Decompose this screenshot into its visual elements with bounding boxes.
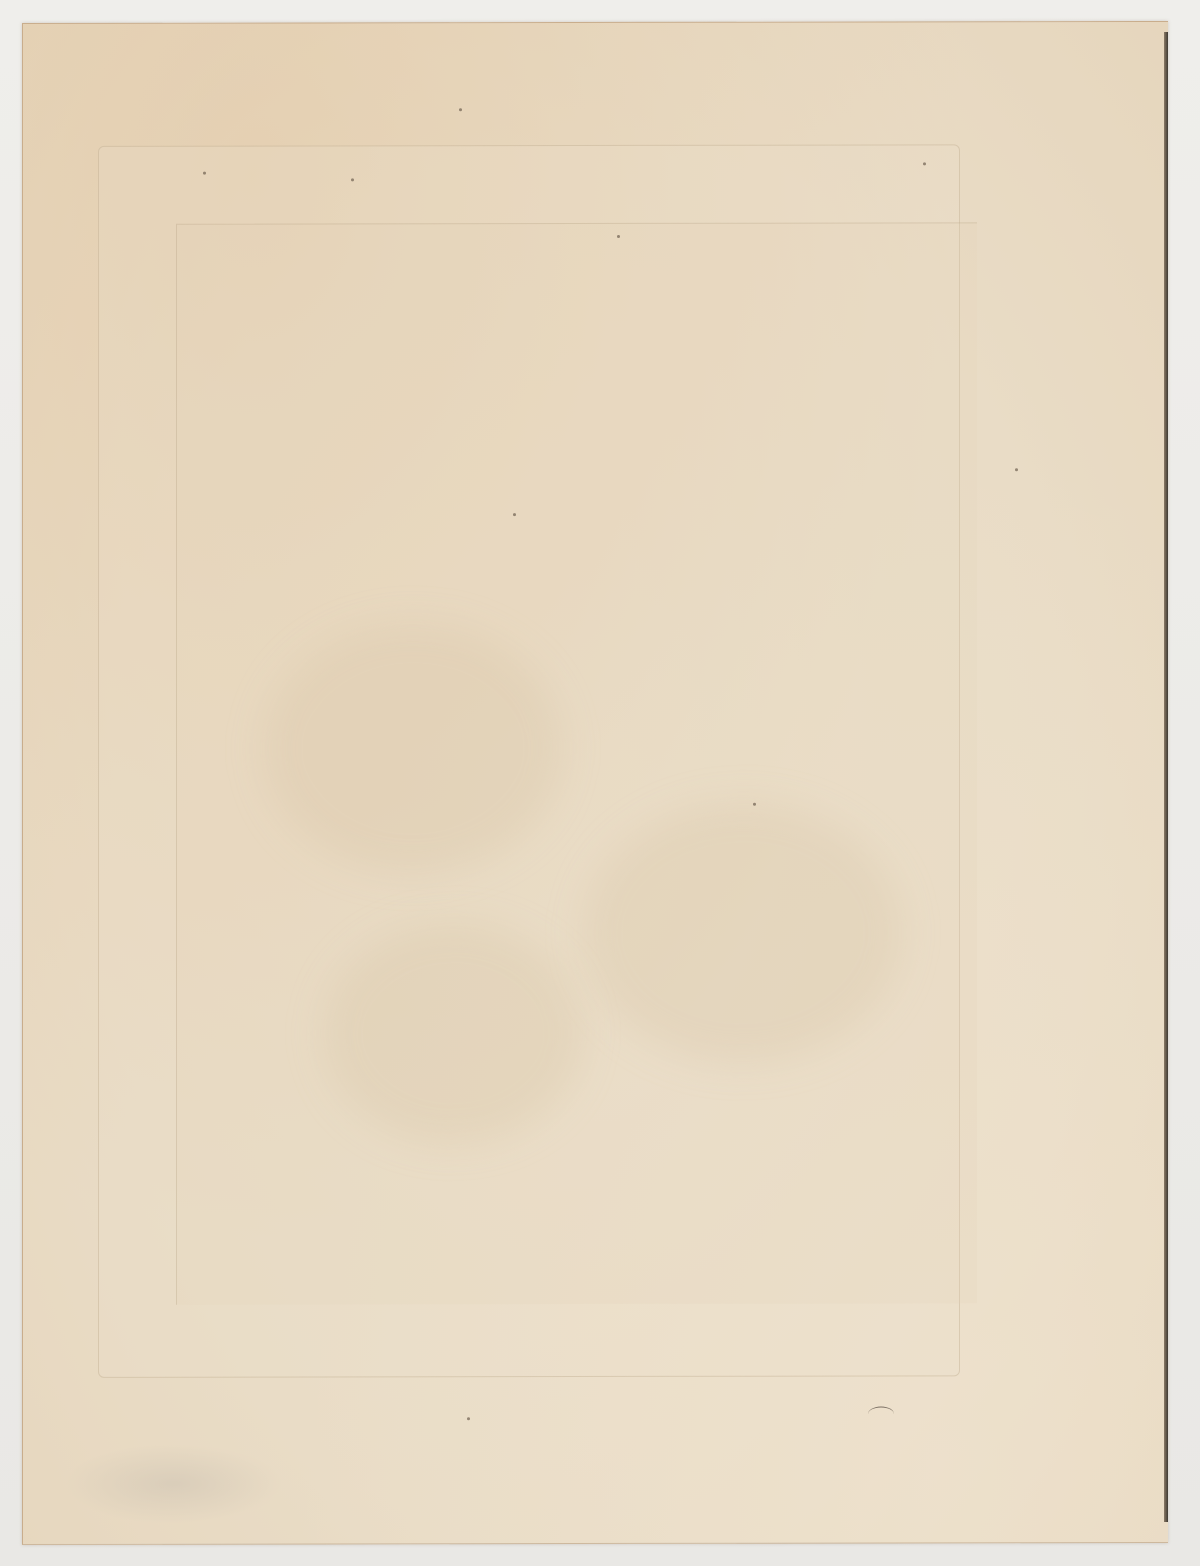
foxing-speck — [923, 162, 926, 165]
foxing-speck — [1015, 468, 1018, 471]
foxing-speck — [351, 178, 354, 181]
toning-stain — [263, 623, 563, 874]
surface-abrasion — [63, 1444, 283, 1524]
foxing-speck — [459, 108, 462, 111]
foxing-speck — [203, 172, 206, 175]
sheet-right-edge — [1164, 32, 1168, 1522]
paper-sheet — [22, 21, 1168, 1545]
foxing-speck — [753, 803, 756, 806]
toning-stain — [583, 802, 903, 1063]
toning-stain — [323, 923, 583, 1143]
foxing-speck — [513, 513, 516, 516]
foxing-speck — [467, 1417, 470, 1420]
hair-fiber — [868, 1406, 894, 1421]
foxing-speck — [617, 235, 620, 238]
